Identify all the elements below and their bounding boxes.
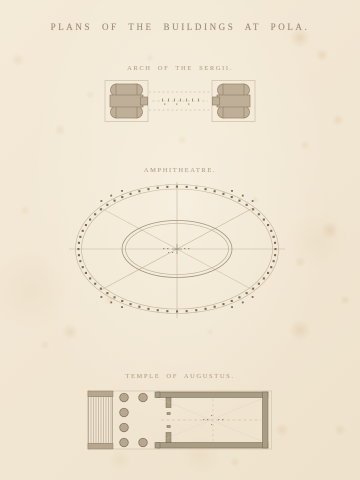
foxing-spot [315,48,329,62]
arch-section-label: ARCH OF THE SERGII. [0,65,360,72]
foxing-spot [275,423,289,437]
foxing-spot [62,324,78,340]
temple-section-label: TEMPLE OF AUGUSTUS. [0,373,360,380]
arch-scale [149,92,211,110]
foxing-spot [146,54,154,62]
foxing-spot [20,205,30,215]
engraved-plate: PLANS OF THE BUILDINGS AT POLA. ARCH OF … [0,0,360,480]
temple-steps [88,391,113,449]
foxing-spot [332,114,344,126]
arch-right-pier [213,84,251,118]
temple-survey-lines [161,399,261,441]
foxing-spot [177,135,187,145]
amphitheatre-section-label: AMPHITHEATRE. [0,167,360,174]
foxing-spot [300,140,310,150]
foxing-spot [340,295,350,305]
plate-title: PLANS OF THE BUILDINGS AT POLA. [0,22,360,32]
amphitheatre-plan-figure [56,179,306,321]
arch-left-pier [110,84,148,118]
foxing-spot [85,90,95,100]
foxing-spot [230,457,240,467]
temple-plan-figure [85,386,275,456]
foxing-spot [40,340,50,350]
foxing-spot [206,328,214,336]
temple-portico-columns [120,393,148,447]
foxing-spot [334,424,346,436]
foxing-spot [321,221,339,239]
foxing-spot [54,124,66,136]
foxing-spot [289,319,311,341]
arch-plan-figure [100,77,260,125]
